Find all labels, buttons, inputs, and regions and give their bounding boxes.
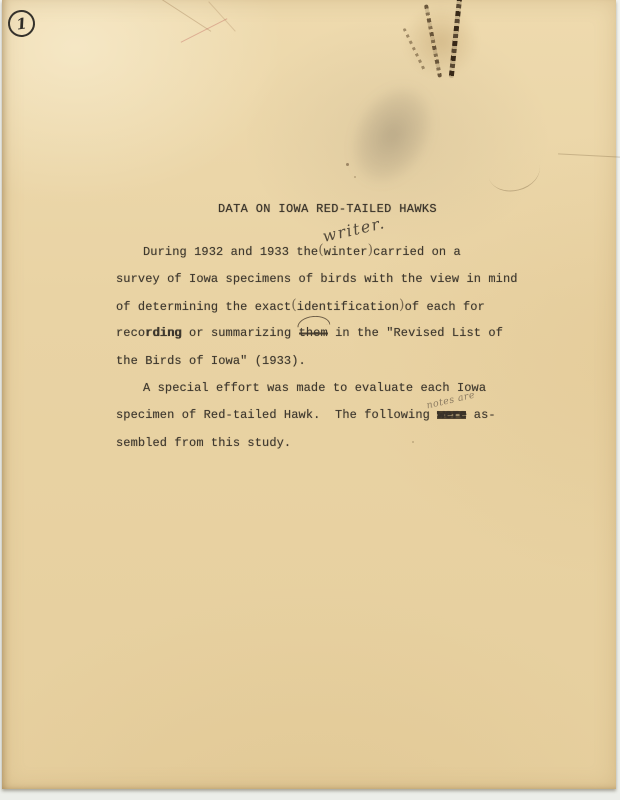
- pencil-paren-close: ): [399, 296, 405, 314]
- paragraph1-line3: of determining the exact(identification)…: [116, 297, 485, 315]
- text-segment: reco: [116, 326, 145, 340]
- text-segment: of each for: [405, 300, 485, 314]
- pencil-paren-close: ): [368, 241, 374, 259]
- text-segment: or summarizing: [182, 326, 299, 340]
- text-segment: in the "Revised List of: [328, 326, 503, 340]
- pencil-paren-open: (: [318, 241, 324, 259]
- paragraph1-line2: survey of Iowa specimens of birds with t…: [116, 270, 518, 288]
- document-title: DATA ON IOWA RED-TAILED HAWKS: [218, 200, 437, 218]
- paragraph1-line1: During 1932 and 1933 the(winter)carried …: [116, 242, 461, 260]
- text-segment: specimen of Red-tailed Hawk. The followi…: [116, 408, 437, 422]
- paragraph1-line4: recording or summarizing them in the "Re…: [116, 324, 503, 342]
- deletion-loop-mark: [296, 315, 330, 328]
- struck-word-them: them: [299, 324, 328, 342]
- scanned-document-screenshot: { "doc": { "page_number": "1", "title": …: [0, 0, 620, 800]
- text-segment: carried on a: [373, 245, 461, 259]
- paragraph2-line3: sembled from this study.: [116, 434, 291, 452]
- overstruck-letters: rding: [145, 326, 182, 340]
- text-segment: identification: [297, 300, 399, 314]
- struck-word-were: were: [437, 406, 466, 424]
- typewritten-text-block: DATA ON IOWA RED-TAILED HAWKS During 193…: [2, 0, 616, 789]
- aged-paper-sheet: 1 DATA ON IOWA RED-TAILED HAWKS During 1…: [2, 0, 616, 789]
- text-segment: as-: [466, 408, 495, 422]
- paragraph2-line1: A special effort was made to evaluate ea…: [116, 379, 486, 397]
- text-segment: of determining the exact: [116, 300, 291, 314]
- pencil-paren-open: (: [291, 296, 297, 314]
- text-segment: winter: [324, 245, 368, 259]
- paragraph1-line5: the Birds of Iowa" (1933).: [116, 352, 306, 370]
- text-segment: During 1932 and 1933 the: [143, 245, 318, 259]
